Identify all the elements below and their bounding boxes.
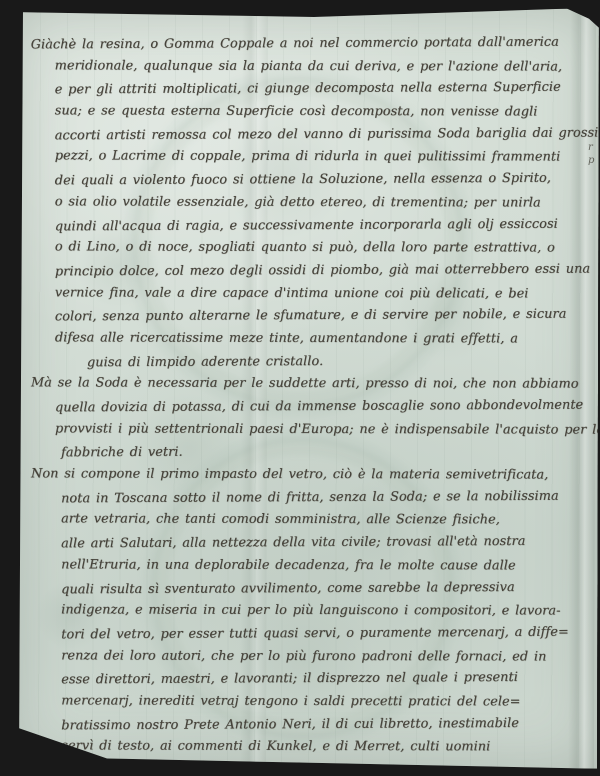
manuscript-line: alle arti Salutari, alla nettezza della … (61, 531, 588, 556)
manuscript-line: o di Lino, o di noce, spogliati quanto s… (55, 237, 588, 261)
manuscript-line: servì di testo, ai commenti di Kunkel, e… (61, 736, 588, 760)
manuscript-line: pezzi, o Lacrime di coppale, prima di ri… (55, 146, 588, 170)
manuscript-page: Giàchè la resina, o Gomma Coppale a noi … (12, 7, 599, 769)
manuscript-line: colori, senza punto alterarne le sfumatu… (55, 304, 588, 329)
manuscript-line: Giàchè la resina, o Gomma Coppale a noi … (31, 32, 588, 58)
manuscript-line: bratissimo nostro Prete Antonio Neri, il… (61, 712, 588, 737)
manuscript-line: dei quali a violento fuoco si ottiene la… (55, 168, 588, 193)
manuscript-line: quali risulta sì sventurato avvilimento,… (61, 576, 588, 601)
manuscript-line: guisa di limpido aderente cristallo. (87, 349, 588, 374)
manuscript-line: o sia olio volatile essenziale, già dett… (55, 191, 588, 215)
manuscript-photo: Giàchè la resina, o Gomma Coppale a noi … (0, 0, 600, 776)
manuscript-line: meridionale, qualunque sia la pianta da … (55, 55, 588, 79)
manuscript-line: quindi all'acqua di ragia, e successivam… (55, 213, 588, 238)
margin-stray-marks: r p (588, 141, 594, 167)
manuscript-line: arte vetraria, che tanti comodi somminis… (61, 509, 588, 533)
manuscript-line: quella dovizia di potassa, di cui da imm… (55, 395, 588, 420)
manuscript-line: Mà se la Soda è necessaria per le suddet… (31, 373, 588, 397)
manuscript-line: difesa alle ricercatissime meze tinte, a… (55, 327, 588, 351)
manuscript-line: Non si compone il primo impasto del vetr… (31, 463, 588, 487)
manuscript-line: esse direttori, maestri, e lavoranti; il… (61, 667, 588, 692)
manuscript-line: indigenza, e miseria in cui per lo più l… (61, 600, 588, 624)
manuscript-line: e per gli attriti moltiplicati, ci giung… (55, 77, 588, 102)
manuscript-line: nota in Toscana sotto il nome di fritta,… (61, 485, 588, 510)
manuscript-line: mercenarj, inerediti vetraj tengono i sa… (61, 690, 588, 714)
manuscript-line: sua; e se questa esterna Superficie così… (55, 100, 588, 124)
manuscript-line: tori del vetro, per esser tutti quasi se… (61, 621, 588, 646)
manuscript-line: principio dolce, col mezo degli ossidi d… (55, 258, 588, 283)
manuscript-line: provvisti i più settentrionali paesi d'E… (55, 418, 588, 442)
manuscript-line: fabbriche di vetri. (61, 440, 588, 465)
manuscript-text: Giàchè la resina, o Gomma Coppale a noi … (13, 33, 589, 760)
manuscript-line: accorti artisti remossa col mezo del van… (55, 122, 588, 147)
manuscript-line: renza dei loro autori, che per lo più fu… (61, 645, 588, 669)
manuscript-line: vernice fina, vale a dire capace d'intim… (55, 282, 588, 306)
manuscript-line: nell'Etruria, in una deplorabile decaden… (61, 554, 588, 578)
